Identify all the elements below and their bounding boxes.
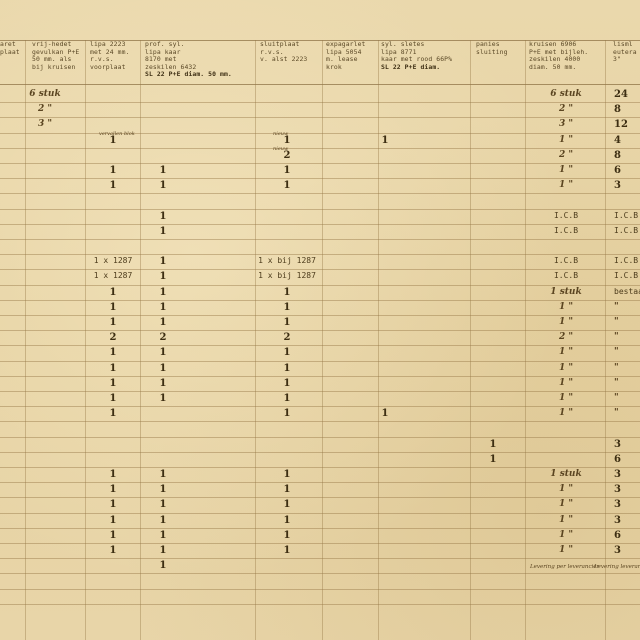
row-rule [0,102,640,103]
cell-c9: " [614,393,619,403]
cell-c8: 1 " [559,363,573,373]
cell-c3: 1 [160,287,167,298]
cell-c3: 1 [160,363,167,374]
row-rule [0,437,640,438]
cell-c2: 1 [110,287,117,298]
cell-c4: 1 x bij 1287 [258,271,316,280]
row-rule [0,193,640,194]
cell-c8: 1 " [559,317,573,327]
paper-sheet [0,0,640,640]
cell-c9: " [614,302,619,312]
cell-c8: 1 " [559,484,573,494]
row-rule [0,361,640,362]
cell-c4: 1 [284,408,291,419]
cell-c3: 1 [160,302,167,313]
column-header-c1: vrij-hedetgevulkan P+E50 mm. alsbij krui… [32,41,79,71]
cell-c9: " [614,347,619,357]
cell-c8: 2 " [559,104,573,114]
cell-c4: 1 [284,180,291,191]
cell-c8: 1 " [559,378,573,388]
column-header-c2: lipa 2223met 24 mm.r.v.s.voorplaat [90,41,129,71]
cell-c3: 1 [160,530,167,541]
cell-c8: 2 " [559,332,573,342]
column-divider [605,40,606,640]
row-rule [0,315,640,316]
row-rule [0,269,640,270]
cell-c2: 1 [110,165,117,176]
cell-c4: 1 [284,469,291,480]
cell-c1: 2 " [38,104,52,114]
header-line: plaat [0,49,20,57]
header-line: 3" [613,56,637,64]
cell-c2: 1 [110,363,117,374]
row-rule [0,148,640,149]
row-rule [0,513,640,514]
cell-c7: 1 [490,454,497,465]
cell-c4: 1 [284,530,291,541]
row-rule [0,497,640,498]
header-bottom-rule [0,84,640,85]
row-rule [0,163,640,164]
cell-c4: 1 [284,499,291,510]
column-divider [255,40,256,640]
cell-c4: 1 [284,393,291,404]
cell-c9: 3 [614,515,621,526]
cell-c8: 1 " [559,180,573,190]
cell-c2: 1 [110,393,117,404]
cell-c3: 1 [160,180,167,191]
cell-c4: 1 [284,165,291,176]
cell-c3: 1 [160,499,167,510]
cell-c4: 2 [284,332,291,343]
cell-c8: 3 " [559,119,573,129]
cell-c8: 1 " [559,499,573,509]
cell-c4: 1 [284,545,291,556]
row-rule [0,467,640,468]
cell-c9: I.C.B [614,256,638,265]
cell-c2: 1 [110,180,117,191]
cell-c9: I.C.B [614,211,638,220]
header-line: SL 22 P+E diam. [381,64,452,72]
cell-c4: 1 [284,484,291,495]
cell-c9: 3 [614,180,621,191]
cell-c9: 3 [614,484,621,495]
cell-c8: 6 stuk [550,89,581,99]
cell-c8: 1 " [559,545,573,555]
cell-c2: 2 [110,332,117,343]
handwritten-note: Levering leverancier [594,564,640,570]
column-header-c7: paniessluiting [476,41,508,56]
column-header-c9: lismleutera3" [613,41,637,64]
handwritten-note: nieuw [273,146,288,152]
row-rule [0,300,640,301]
cell-c9: " [614,317,619,327]
cell-c2: 1 [110,499,117,510]
cell-c3: 1 [160,545,167,556]
row-rule [0,543,640,544]
cell-c4: 1 [284,302,291,313]
cell-c3: 1 [160,378,167,389]
handwritten-note: vervallen blok [99,131,135,137]
cell-c2: 1 [110,302,117,313]
cell-c8: 1 stuk [550,469,581,479]
cell-c8: 1 " [559,347,573,357]
cell-c8: 2 " [559,150,573,160]
cell-c3: 1 [160,317,167,328]
cell-c2: 1 [110,317,117,328]
cell-c3: 1 [160,347,167,358]
column-header-c0: aretplaat [0,41,20,56]
cell-c9: 3 [614,545,621,556]
cell-c2: 1 x 1287 [94,256,133,265]
cell-c3: 1 [160,484,167,495]
cell-c3: 1 [160,271,167,282]
row-rule [0,406,640,407]
cell-c4: 1 [284,378,291,389]
cell-c8: 1 " [559,135,573,145]
cell-c9: bestaand [614,287,640,296]
row-rule [0,558,640,559]
row-rule [0,589,640,590]
cell-c3: 1 [160,211,167,222]
cell-c9: 8 [614,104,621,115]
header-line: krok [326,64,365,72]
header-line: bij kruisen [32,64,79,72]
cell-c4: 1 [284,363,291,374]
cell-c9: 12 [614,119,628,130]
column-divider [470,40,471,640]
cell-c2: 1 x 1287 [94,271,133,280]
column-header-c4: sluitplaatr.v.s.v. alst 2223 [260,41,307,64]
column-header-c3: prof. syl.lipa kaar8170 metzeskilen 6432… [145,41,232,79]
cell-c2: 1 [110,469,117,480]
cell-c9: 3 [614,499,621,510]
cell-c8: I.C.B [554,226,578,235]
column-divider [25,40,26,640]
column-divider [378,40,379,640]
cell-c8: 1 " [559,393,573,403]
cell-c8: 1 " [559,302,573,312]
cell-c6: 1 [382,135,389,146]
cell-c3: 1 [160,560,167,571]
row-rule [0,391,640,392]
cell-c3: 1 [160,515,167,526]
cell-c3: 2 [160,332,167,343]
cell-c2: 1 [110,515,117,526]
row-rule [0,133,640,134]
cell-c4: 1 [284,317,291,328]
cell-c9: 3 [614,439,621,450]
cell-c8: I.C.B [554,211,578,220]
cell-c4: 1 [284,287,291,298]
row-rule [0,178,640,179]
row-rule [0,117,640,118]
cell-c8: 1 " [559,530,573,540]
cell-c9: 6 [614,530,621,541]
cell-c3: 1 [160,256,167,267]
handwritten-note: nieuw [273,131,288,137]
cell-c9: 6 [614,165,621,176]
cell-c9: " [614,332,619,342]
cell-c4: 1 [284,515,291,526]
row-rule [0,209,640,210]
cell-c1: 3 " [38,119,52,129]
cell-c1: 6 stuk [29,89,60,99]
row-rule [0,376,640,377]
cell-c2: 1 [110,484,117,495]
cell-c8: I.C.B [554,256,578,265]
column-divider [322,40,323,640]
column-divider [525,40,526,640]
cell-c3: 1 [160,393,167,404]
cell-c8: 1 " [559,408,573,418]
cell-c4: 1 x bij 1287 [258,256,316,265]
cell-c8: 1 " [559,515,573,525]
row-rule [0,330,640,331]
header-line: SL 22 P+E diam. 50 mm. [145,71,232,79]
row-rule [0,482,640,483]
cell-c9: " [614,363,619,373]
header-line: v. alst 2223 [260,56,307,64]
row-rule [0,528,640,529]
cell-c8: 1 " [559,165,573,175]
column-header-c6: syl. sleteslipa 8771kaar met rood 66P%SL… [381,41,452,71]
cell-c9: " [614,378,619,388]
header-line: diam. 50 mm. [529,64,588,72]
cell-c2: 1 [110,530,117,541]
cell-c2: 1 [110,408,117,419]
cell-c3: 1 [160,226,167,237]
cell-c9: I.C.B [614,226,638,235]
row-rule [0,452,640,453]
cell-c7: 1 [490,439,497,450]
row-rule [0,421,640,422]
header-line: sluiting [476,49,508,57]
cell-c9: 6 [614,454,621,465]
row-rule [0,573,640,574]
column-divider [140,40,141,640]
cell-c3: 1 [160,165,167,176]
row-rule [0,254,640,255]
cell-c2: 1 [110,347,117,358]
row-rule [0,285,640,286]
cell-c9: 4 [614,135,621,146]
cell-c2: 1 [110,378,117,389]
cell-c8: I.C.B [554,271,578,280]
row-rule [0,345,640,346]
header-line: voorplaat [90,64,129,72]
row-rule [0,224,640,225]
cell-c2: 1 [110,545,117,556]
cell-c9: I.C.B [614,271,638,280]
cell-c9: 3 [614,469,621,480]
cell-c3: 1 [160,469,167,480]
handwritten-note: Levering per leverancier [530,564,599,570]
row-rule [0,239,640,240]
cell-c6: 1 [382,408,389,419]
column-divider [85,40,86,640]
cell-c8: 1 stuk [550,287,581,297]
column-header-c5: expagarletlipa 5054m. leasekrok [326,41,365,71]
cell-c9: 24 [614,89,628,100]
row-rule [0,604,640,605]
cell-c9: " [614,408,619,418]
cell-c9: 8 [614,150,621,161]
column-header-c8: kruisen 6906P+E met bijleh.zeskilen 4000… [529,41,588,71]
cell-c4: 1 [284,347,291,358]
